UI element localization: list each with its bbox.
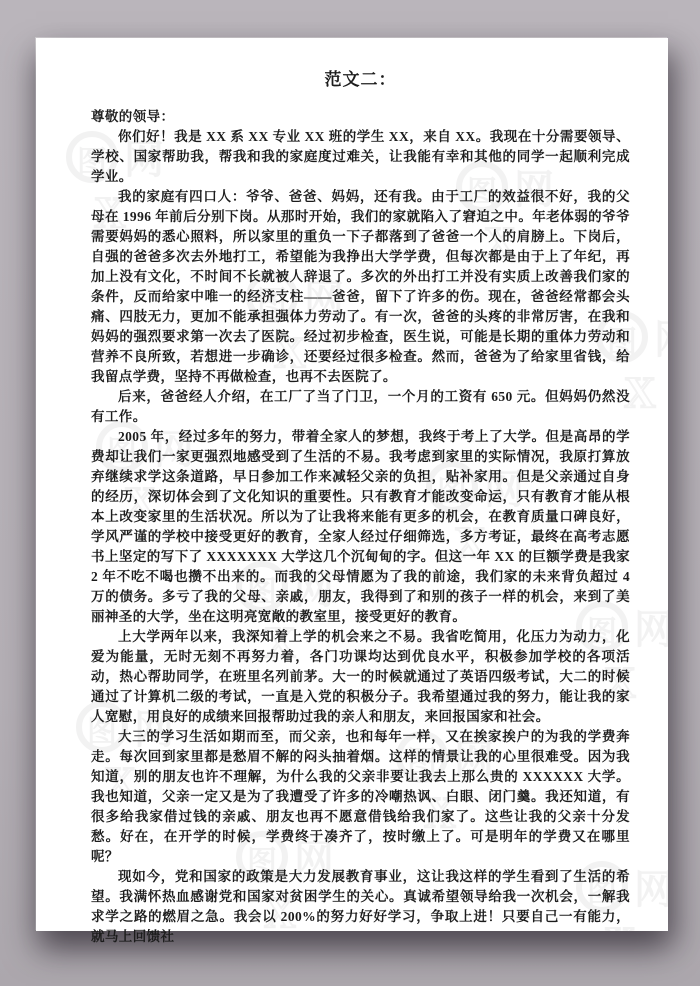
desktop-background: 图网X图网X图网X图网X图网X图网X图网X图网X图网X图网X图网X图网X 范文二…	[0, 0, 700, 986]
paragraph: 后来，爸爸经人介绍，在工厂了当了门卫，一个月的工资有 650 元。但妈妈仍然没有…	[91, 387, 630, 427]
paragraph: 2005 年，经过多年的努力，带着全家人的梦想，我终于考上了大学。但是高昂的学费…	[91, 427, 630, 627]
paragraph: 大三的学习生活如期而至，而父亲，也和每年一样，又在挨家挨户的为我的学费奔走。每次…	[91, 727, 630, 867]
salutation: 尊敬的领导：	[91, 107, 630, 127]
paragraph: 你们好！我是 XX 系 XX 专业 XX 班的学生 XX，来自 XX。我现在十分…	[91, 127, 630, 187]
document-content: 范文二： 尊敬的领导： 你们好！我是 XX 系 XX 专业 XX 班的学生 XX…	[36, 38, 668, 931]
document-title: 范文二：	[91, 68, 630, 92]
paragraph: 我的家庭有四口人：爷爷、爸爸、妈妈，还有我。由于工厂的效益很不好，我的父母在 1…	[91, 187, 630, 387]
document-page: 图网X图网X图网X图网X图网X图网X图网X图网X图网X图网X图网X图网X 范文二…	[36, 38, 668, 931]
paragraphs: 你们好！我是 XX 系 XX 专业 XX 班的学生 XX，来自 XX。我现在十分…	[91, 127, 630, 947]
paragraph: 现如今，党和国家的政策是大力发展教育事业，这让我这样的学生看到了生活的希望。我满…	[91, 867, 630, 947]
document-body: 尊敬的领导： 你们好！我是 XX 系 XX 专业 XX 班的学生 XX，来自 X…	[91, 107, 630, 947]
paragraph: 上大学两年以来，我深知着上学的机会来之不易。我省吃简用，化压力为动力，化爱为能量…	[91, 627, 630, 727]
